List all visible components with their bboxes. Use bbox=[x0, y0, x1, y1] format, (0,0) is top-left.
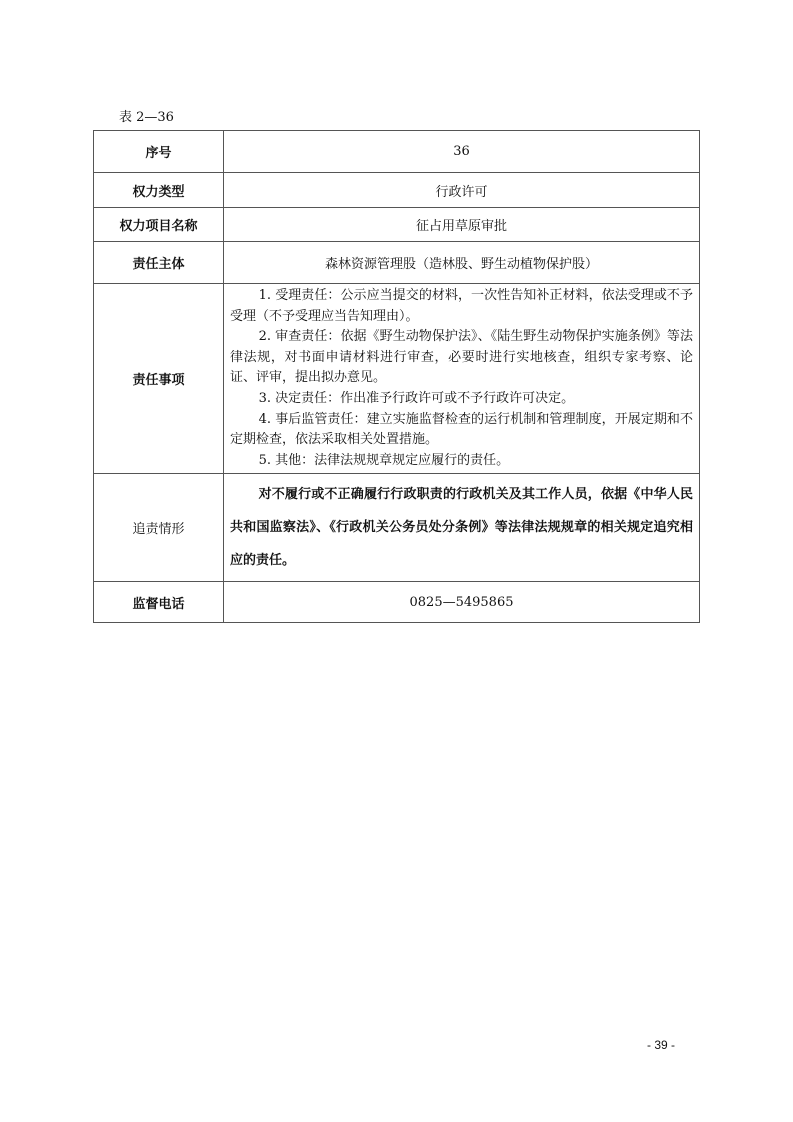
page-number: - 39 - bbox=[647, 1038, 675, 1052]
duty-item: 5. 其他：法律法规规章规定应履行的责任。 bbox=[230, 451, 693, 472]
duties-list: 1. 受理责任：公示应当提交的材料，一次性告知补正材料，依法受理或不予受理（不予… bbox=[224, 284, 700, 474]
subject-label: 责任主体 bbox=[94, 242, 224, 284]
duty-item: 2. 审查责任：依据《野生动物保护法》、《陆生野生动物保护实施条例》等法律法规，… bbox=[230, 327, 693, 389]
table-row-phone: 监督电话 0825—5495865 bbox=[94, 582, 700, 623]
accountability-text: 对不履行或不正确履行行政职责的行政机关及其工作人员，依据《中华人民共和国监察法》… bbox=[230, 478, 693, 577]
serial-value: 36 bbox=[224, 131, 700, 173]
table-row-power-type: 权力类型 行政许可 bbox=[94, 173, 700, 208]
duty-item: 3. 决定责任：作出准予行政许可或不予行政许可决定。 bbox=[230, 389, 693, 410]
table-row-serial: 序号 36 bbox=[94, 131, 700, 173]
table-row-duties: 责任事项 1. 受理责任：公示应当提交的材料，一次性告知补正材料，依法受理或不予… bbox=[94, 284, 700, 474]
power-type-label: 权力类型 bbox=[94, 173, 224, 208]
phone-label: 监督电话 bbox=[94, 582, 224, 623]
accountability-label: 追责情形 bbox=[94, 474, 224, 582]
phone-value: 0825—5495865 bbox=[224, 582, 700, 623]
power-item-table: 序号 36 权力类型 行政许可 权力项目名称 征占用草原审批 责任主体 森林资源… bbox=[93, 130, 700, 623]
duty-item: 1. 受理责任：公示应当提交的材料，一次性告知补正材料，依法受理或不予受理（不予… bbox=[230, 286, 693, 327]
table-caption: 表 2—36 bbox=[119, 110, 174, 126]
table-row-accountability: 追责情形 对不履行或不正确履行行政职责的行政机关及其工作人员，依据《中华人民共和… bbox=[94, 474, 700, 582]
item-name-value: 征占用草原审批 bbox=[224, 208, 700, 242]
serial-label: 序号 bbox=[94, 131, 224, 173]
accountability-text-cell: 对不履行或不正确履行行政职责的行政机关及其工作人员，依据《中华人民共和国监察法》… bbox=[224, 474, 700, 582]
table-row-subject: 责任主体 森林资源管理股（造林股、野生动植物保护股） bbox=[94, 242, 700, 284]
table-row-item-name: 权力项目名称 征占用草原审批 bbox=[94, 208, 700, 242]
duty-item: 4. 事后监管责任：建立实施监督检查的运行机制和管理制度，开展定期和不定期检查，… bbox=[230, 410, 693, 451]
duties-label: 责任事项 bbox=[94, 284, 224, 474]
power-type-value: 行政许可 bbox=[224, 173, 700, 208]
subject-value: 森林资源管理股（造林股、野生动植物保护股） bbox=[224, 242, 700, 284]
item-name-label: 权力项目名称 bbox=[94, 208, 224, 242]
